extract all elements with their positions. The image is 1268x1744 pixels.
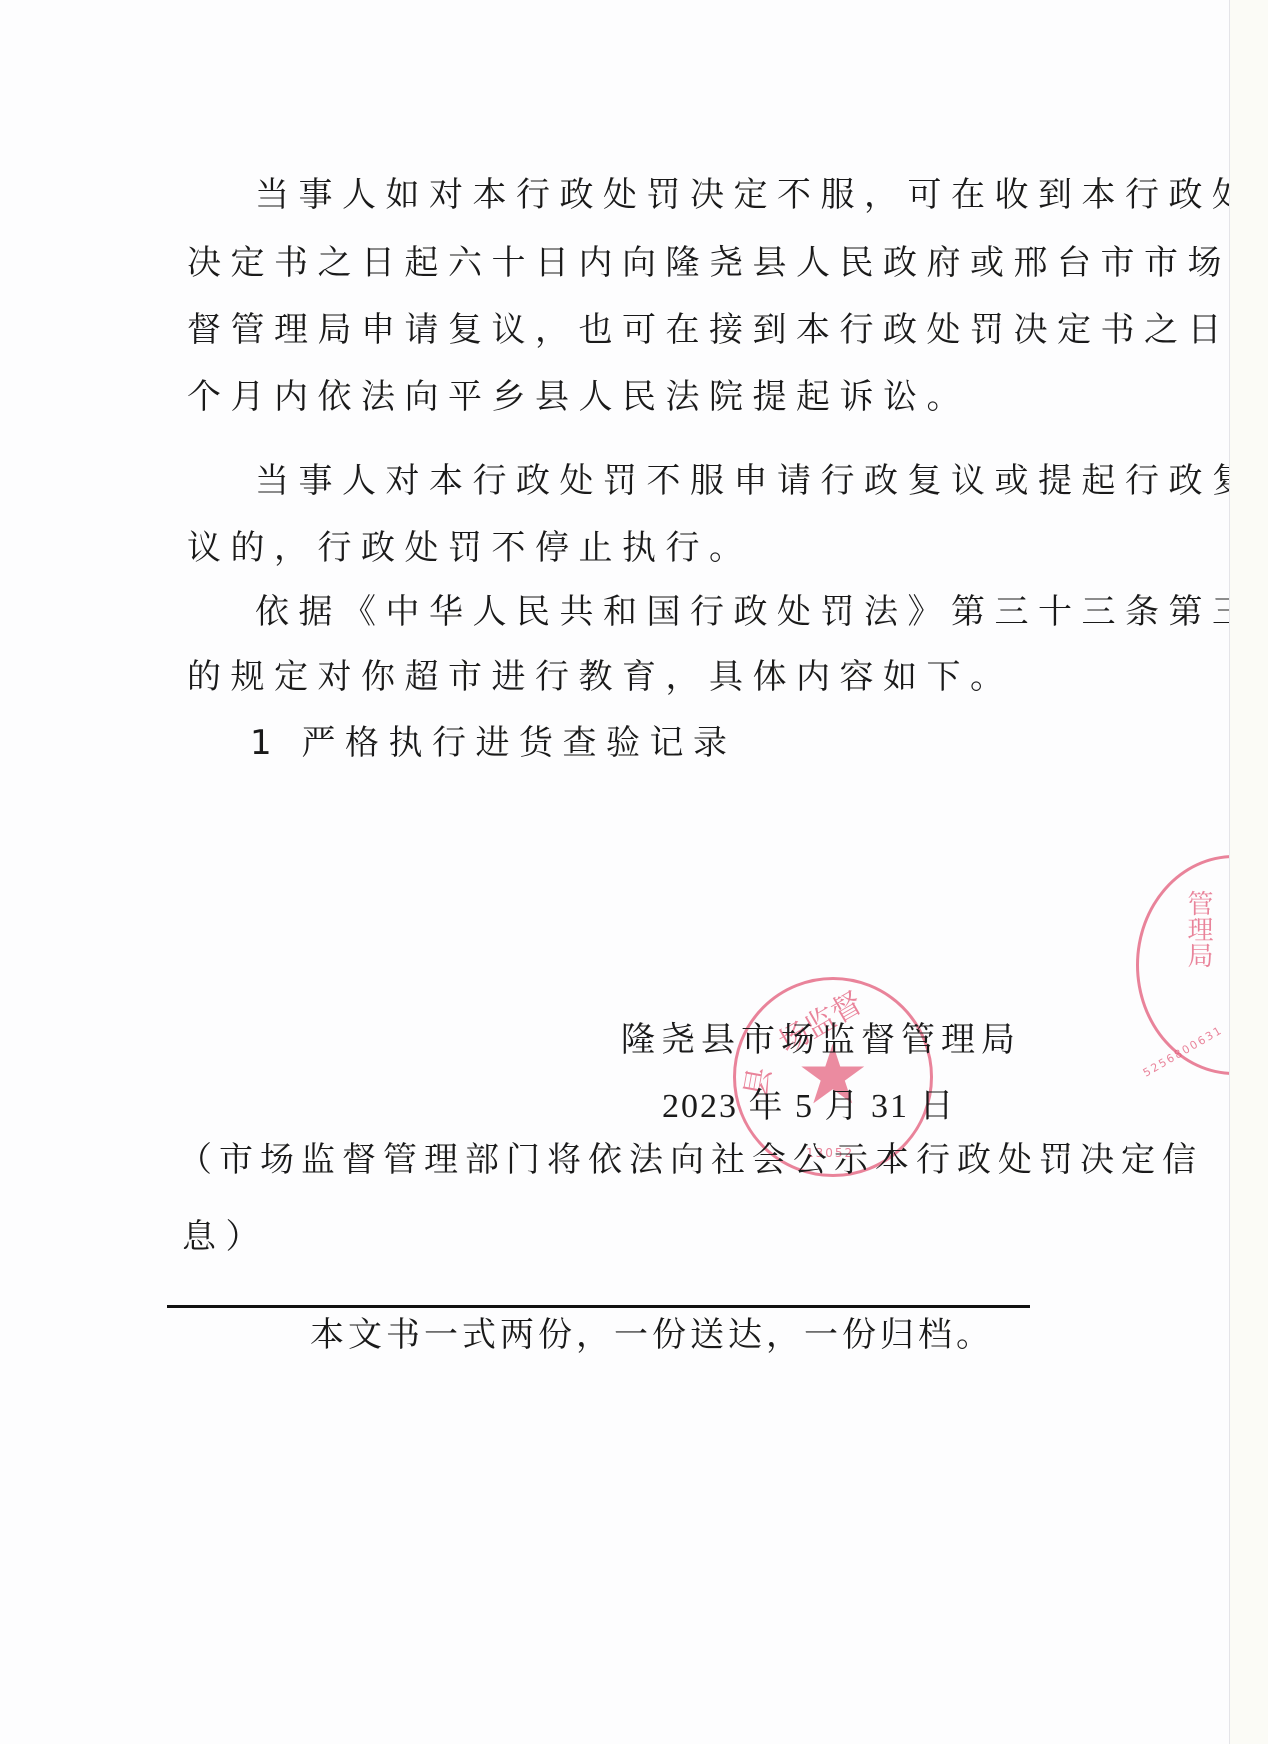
paragraph-1-line-2: 决定书之日起六十日内向隆尧县人民政府或邢台市市场监 <box>187 241 1268 285</box>
issue-date: 2023 年 5 月 31 日 <box>662 1085 956 1129</box>
footer-divider <box>167 1305 1030 1308</box>
paragraph-2-line-2: 议的，行政处罚不停止执行。 <box>187 526 753 570</box>
publicity-notice-line-2: 息） <box>182 1215 269 1259</box>
paragraph-3-line-2: 的规定对你超市进行教育，具体内容如下。 <box>187 655 1014 699</box>
edge-seal-text: 管理局 <box>1180 890 1217 968</box>
education-item-1: 1 严格执行进货查验记录 <box>250 721 736 765</box>
issuer-name: 隆尧县市场监督管理局 <box>621 1018 1021 1062</box>
copies-note: 本文书一式两份，一份送达，一份归档。 <box>310 1313 994 1357</box>
publicity-notice-line-1: （市场监督管理部门将依法向社会公示本行政处罚决定信 <box>178 1138 1203 1182</box>
paragraph-1-line-3: 督管理局申请复议，也可在接到本行政处罚决定书之日起六 <box>187 308 1268 352</box>
paragraph-1-line-1: 当事人如对本行政处罚决定不服，可在收到本行政处罚 <box>255 173 1268 217</box>
paragraph-1-line-4: 个月内依法向平乡县人民法院提起诉讼。 <box>187 375 970 419</box>
paragraph-3-line-1: 依据《中华人民共和国行政处罚法》第三十三条第三款 <box>255 590 1268 634</box>
document-page: 当事人如对本行政处罚决定不服，可在收到本行政处罚 决定书之日起六十日内向隆尧县人… <box>0 0 1229 1744</box>
scan-edge <box>1229 0 1268 1744</box>
paragraph-2-line-1: 当事人对本行政处罚不服申请行政复议或提起行政复 <box>255 459 1256 503</box>
